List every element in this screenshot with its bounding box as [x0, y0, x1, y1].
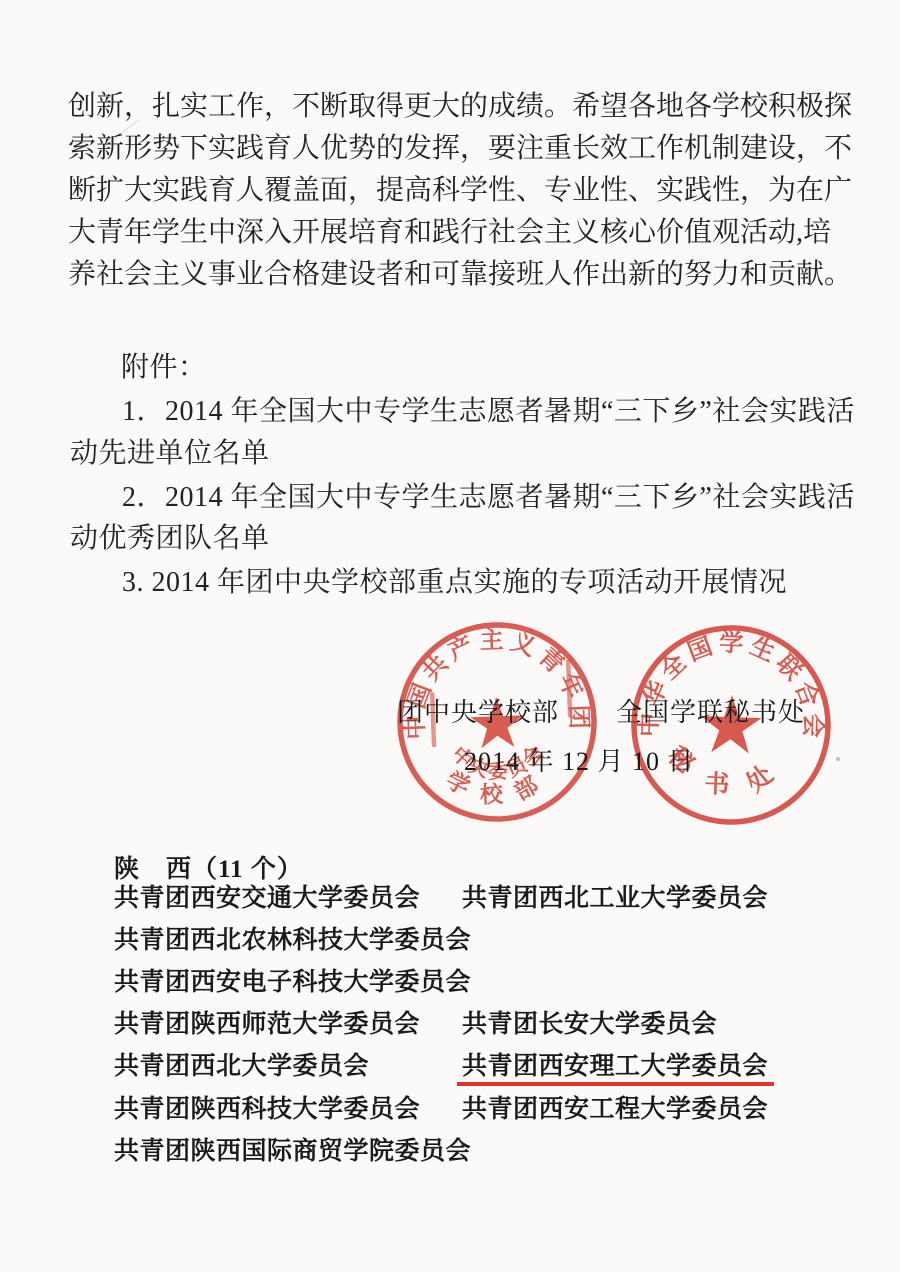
province-header: 陕 西（11 个） [114, 849, 303, 885]
attachment-item-2-line-2: 动优秀团队名单 [70, 523, 270, 555]
committee-row: 共青团西安电子科技大学委员会 [114, 969, 471, 997]
committee-row: 共青团陕西国际商贸学院委员会 [114, 1138, 471, 1166]
attachment-item-3: 3. 2014 年团中央学校部重点实施的专项活动开展情况 [122, 567, 787, 599]
committee-row: 共青团陕西师范大学委员会 共青团长安大学委员会 [114, 1011, 420, 1039]
attachment-item-2-line-1: 2．2014 年全国大中专学生志愿者暑期“三下乡”社会实践活 [122, 482, 855, 514]
committee-name: 共青团长安大学委员会 [462, 1011, 717, 1039]
committee-name: 共青团西北大学委员会 [114, 1053, 369, 1080]
committee-name: 共青团陕西科技大学委员会 [114, 1096, 420, 1123]
body-line: 索新形势下实践育人优势的发挥，要注重长效工作机制建设，不 [68, 128, 814, 170]
scanned-document-page: 创新，扎实工作，不断取得更大的成绩。希望各地各学校积极探 索新形势下实践育人优势… [0, 0, 900, 1272]
body-line: 养社会主义事业合格建设者和可靠接班人作出新的努力和贡献。 [68, 254, 814, 296]
committee-name: 共青团陕西国际商贸学院委员会 [114, 1138, 471, 1165]
committee-row: 共青团西北农林科技大学委员会 [114, 927, 471, 955]
body-line: 断扩大实践育人覆盖面，提高科学性、专业性、实践性，为在广 [68, 170, 814, 212]
signature-date: 2014 年 12 月 10 日 [464, 746, 695, 778]
committee-row: 共青团陕西科技大学委员会 共青团西安工程大学委员会 [114, 1096, 420, 1124]
signature-org-right: 全国学联秘书处 [616, 697, 805, 729]
attachment-item-1-line-2: 动先进单位名单 [70, 438, 270, 470]
committee-name-red-underlined: 共青团西安理工大学委员会 [457, 1053, 774, 1086]
attachment-label: 附件： [121, 352, 207, 384]
body-line: 大青年学生中深入开展培育和践行社会主义核心价值观活动,培 [68, 212, 814, 254]
committee-name: 共青团陕西师范大学委员会 [114, 1011, 420, 1038]
committee-name: 共青团西安电子科技大学委员会 [114, 969, 471, 996]
committee-row: 共青团西北大学委员会 共青团西安理工大学委员会 [114, 1053, 369, 1081]
committee-name: 共青团西安工程大学委员会 [462, 1096, 768, 1124]
committee-row: 共青团西安交通大学委员会 共青团西北工业大学委员会 [114, 885, 420, 913]
committee-name: 共青团西北农林科技大学委员会 [114, 927, 471, 954]
committee-name: 共青团西安交通大学委员会 [114, 885, 420, 912]
signature-org-left: 团中央学校部 [397, 697, 559, 729]
committee-name: 共青团西北工业大学委员会 [462, 885, 768, 913]
body-line: 创新，扎实工作，不断取得更大的成绩。希望各地各学校积极探 [68, 86, 814, 128]
attachment-item-1-line-1: 1．2014 年全国大中专学生志愿者暑期“三下乡”社会实践活 [122, 396, 855, 428]
body-paragraph: 创新，扎实工作，不断取得更大的成绩。希望各地各学校积极探 索新形势下实践育人优势… [68, 86, 814, 296]
